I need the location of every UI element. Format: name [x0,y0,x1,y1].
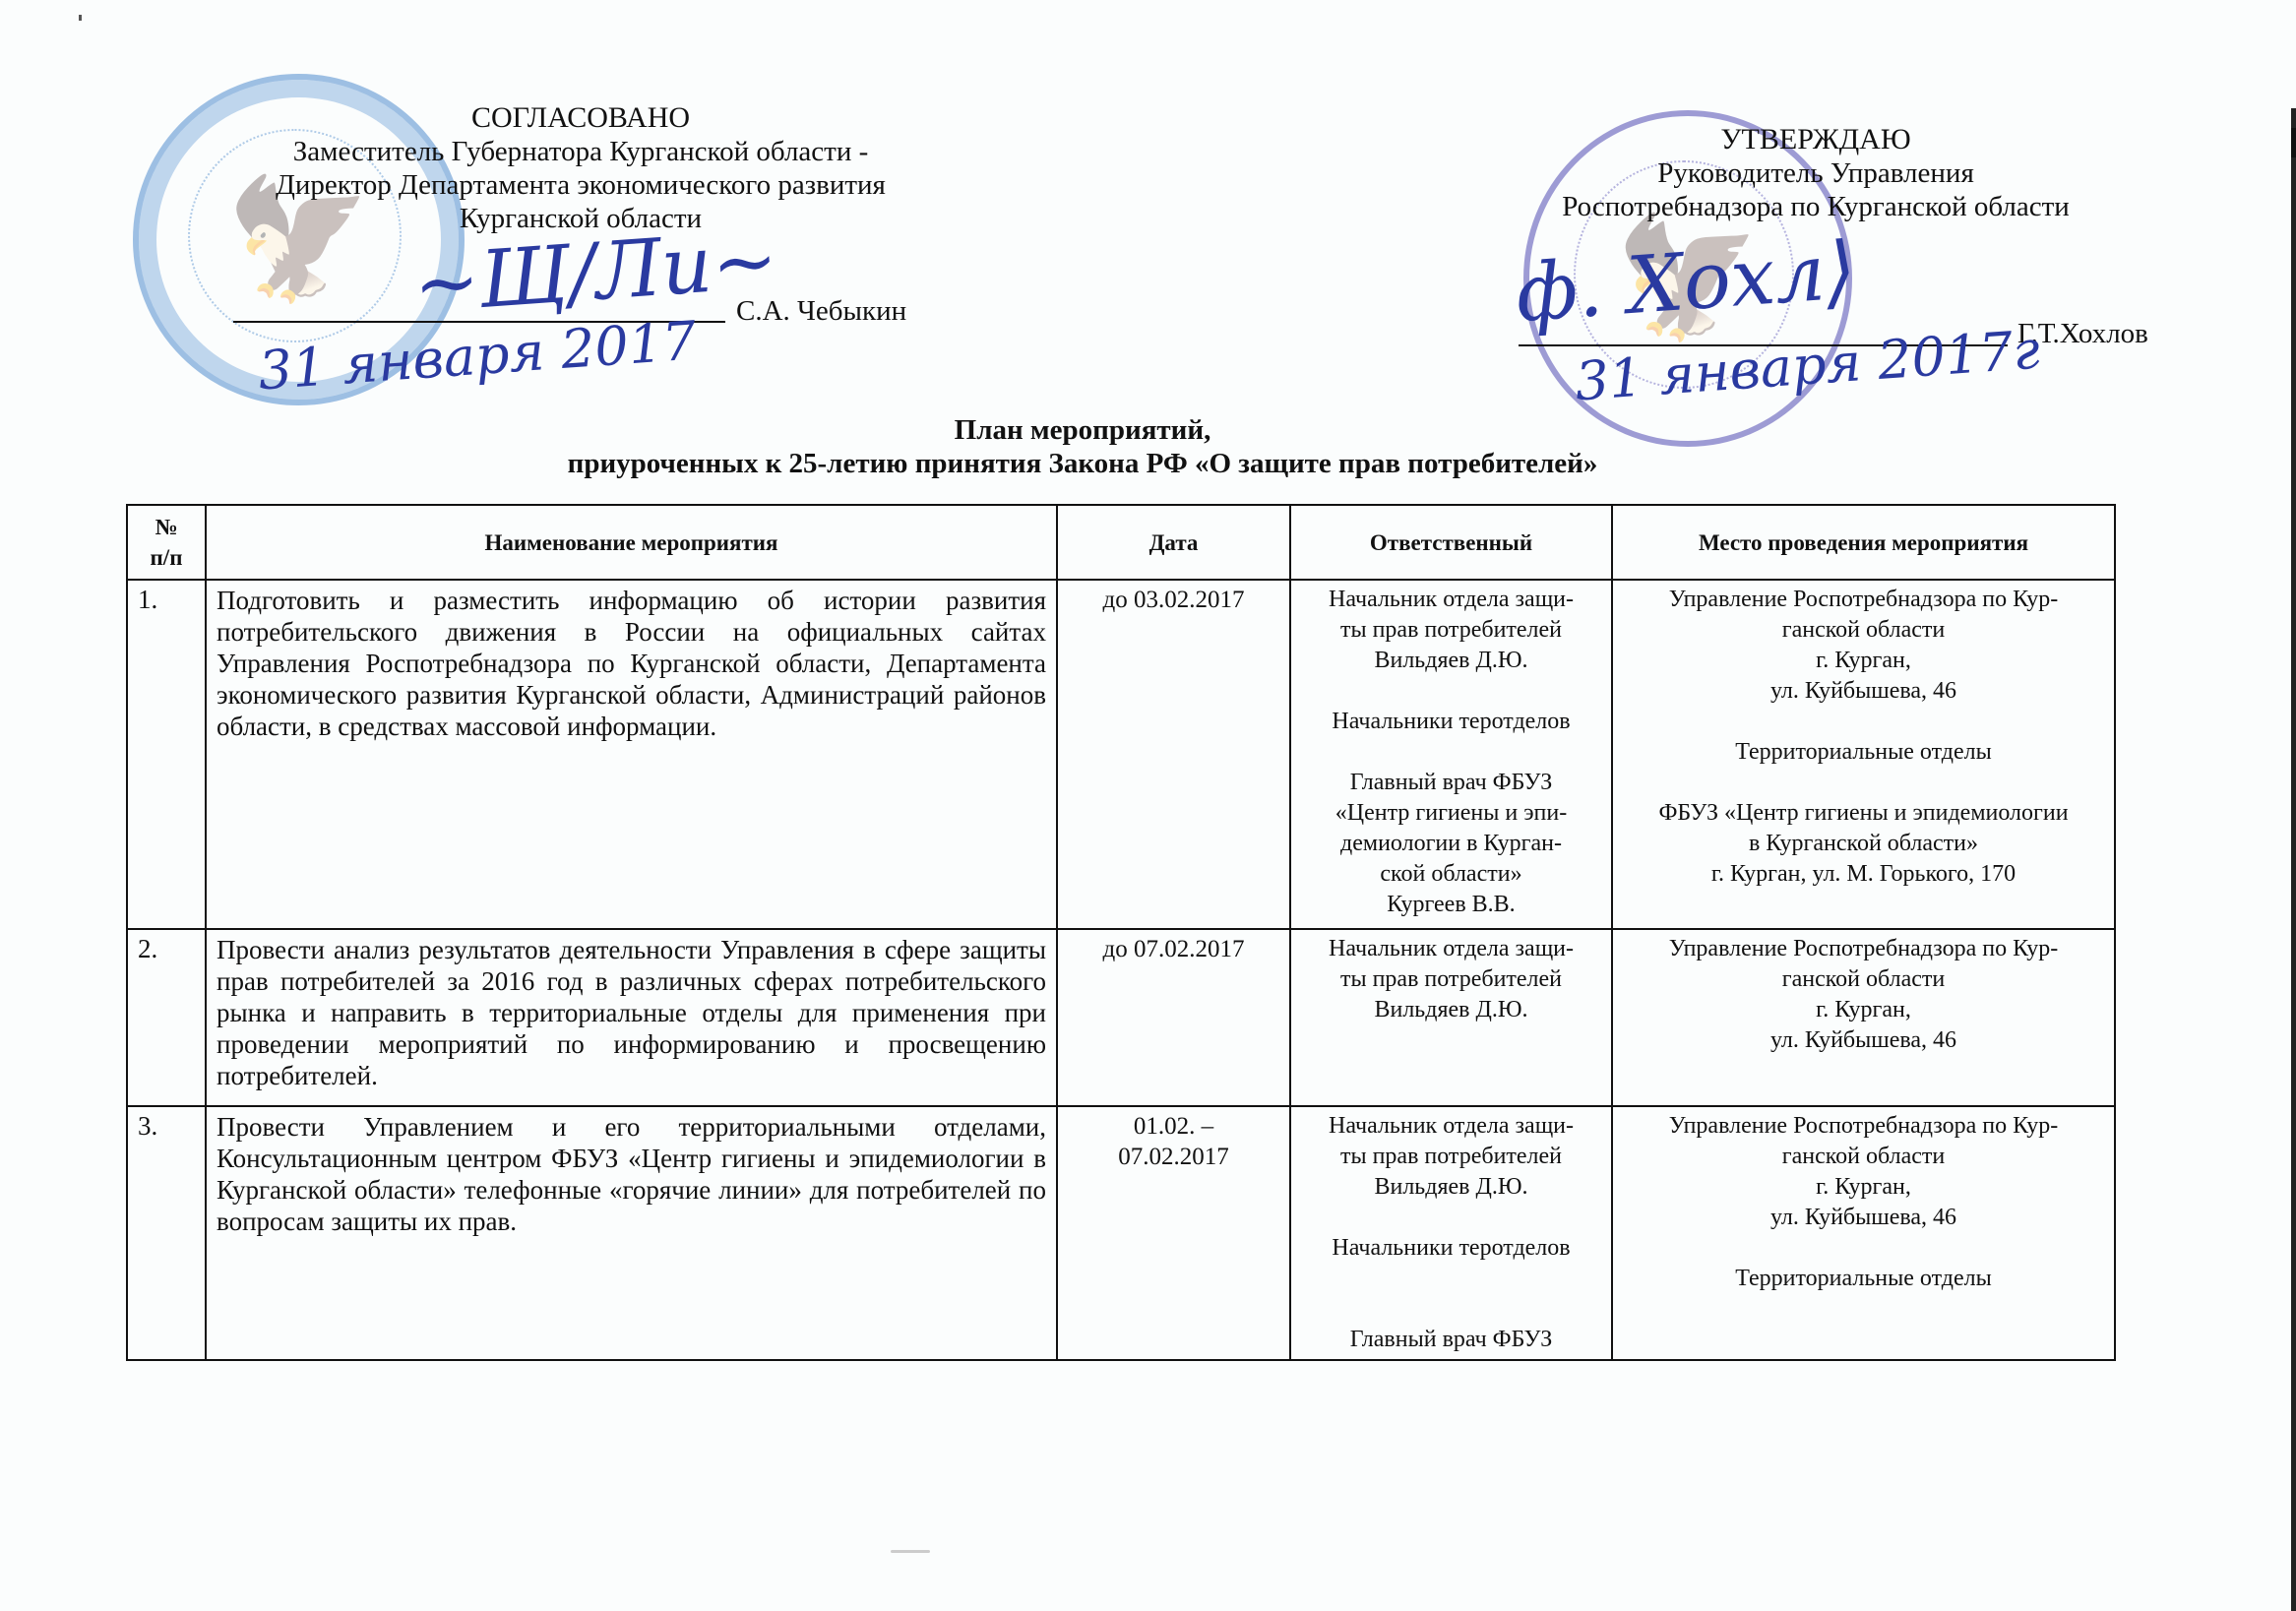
events-plan-table: № п/п Наименование мероприятия Дата Отве… [126,504,2116,1361]
event-responsible: Начальник отдела защи-ты прав потребител… [1290,929,1612,1106]
cell-text-line: ты прав потребителей [1301,615,1601,646]
cell-text-line [1301,737,1601,768]
cell-text-line: Главный врач ФБУЗ [1301,1325,1601,1355]
cell-text-line: ул. Куйбышева, 46 [1623,676,2104,707]
cell-text-line: ты прав потребителей [1301,964,1601,995]
cell-text-line: Вильдяев Д.Ю. [1301,646,1601,676]
row-number: 2. [127,929,206,1106]
cell-text-line: Управление Роспотребнадзора по Кур- [1623,585,2104,615]
cell-text-line: ФБУЗ «Центр гигиены и эпидемиологии [1623,798,2104,829]
cell-text-line: Начальник отдела защи- [1301,585,1601,615]
signatory-name-left: С.А. Чебыкин [736,295,906,328]
cell-text-line: Начальники теротделов [1301,1233,1601,1264]
header-place: Место проведения мероприятия [1612,505,2115,580]
document-title-line: План мероприятий, [295,413,1870,447]
cell-text-line: г. Курган, [1623,1172,2104,1203]
cell-text-line [1623,707,2104,737]
cell-text-line: Главный врач ФБУЗ [1301,768,1601,798]
cell-text-line: Управление Роспотребнадзора по Кур- [1623,1111,2104,1142]
header-number: № п/п [127,505,206,580]
header-date: Дата [1057,505,1290,580]
cell-text-line: г. Курган, ул. М. Горького, 170 [1623,859,2104,890]
scan-edge-tick [2291,128,2296,157]
cell-text-line [1301,1264,1601,1294]
cell-text-line [1623,1233,2104,1264]
cell-text-line: Вильдяев Д.Ю. [1301,1172,1601,1203]
row-number: 3. [127,1106,206,1360]
approval-position-line: Роспотребнадзора по Курганской области [1516,190,2116,223]
approval-title: УТВЕРЖДАЮ [1516,123,2116,156]
event-name: Провести анализ результатов деятельности… [206,929,1057,1106]
row-number: 1. [127,580,206,929]
event-responsible: Начальник отдела защи-ты прав потребител… [1290,1106,1612,1360]
event-responsible: Начальник отдела защи-ты прав потребител… [1290,580,1612,929]
table-row: 1.Подготовить и разместить информацию об… [127,580,2115,929]
event-name: Подготовить и разместить информацию об и… [206,580,1057,929]
approval-position-line: Заместитель Губернатора Курганской облас… [207,135,955,168]
table-header-row: № п/п Наименование мероприятия Дата Отве… [127,505,2115,580]
document-title: План мероприятий, приуроченных к 25-лети… [295,413,1870,480]
cell-text-line: Вильдяев Д.Ю. [1301,995,1601,1025]
cell-text-line: демиологии в Курган- [1301,829,1601,859]
cell-text-line: г. Курган, [1623,995,2104,1025]
cell-text-line: ганской области [1623,1142,2104,1172]
cell-text-line [1301,676,1601,707]
cell-text-line: в Курганской области» [1623,829,2104,859]
cell-text-line: Начальники теротделов [1301,707,1601,737]
event-date: 01.02. –07.02.2017 [1057,1106,1290,1360]
cell-text-line: Начальник отдела защи- [1301,1111,1601,1142]
event-place: Управление Роспотребнадзора по Кур-ганск… [1612,929,2115,1106]
event-place: Управление Роспотребнадзора по Кур-ганск… [1612,580,2115,929]
document-subtitle-line: приуроченных к 25-летию принятия Закона … [295,447,1870,480]
cell-text-line: ул. Куйбышева, 46 [1623,1025,2104,1056]
cell-text-line: ской области» [1301,859,1601,890]
cell-text-line: ганской области [1623,964,2104,995]
cell-text-line: ганской области [1623,615,2104,646]
header-responsible: Ответственный [1290,505,1612,580]
approval-block-agreed: СОГЛАСОВАНО Заместитель Губернатора Кург… [207,101,955,235]
date-line: 01.02. – [1068,1111,1279,1142]
event-date: до 03.02.2017 [1057,580,1290,929]
cell-text-line [1301,1203,1601,1233]
cell-text-line [1623,768,2104,798]
event-name: Провести Управлением и его территориальн… [206,1106,1057,1360]
cell-text-line: Управление Роспотребнадзора по Кур- [1623,934,2104,964]
header-event-name: Наименование мероприятия [206,505,1057,580]
approval-position-line: Руководитель Управления [1516,156,2116,190]
scan-edge-shadow [2291,108,2296,1611]
event-place: Управление Роспотребнадзора по Кур-ганск… [1612,1106,2115,1360]
cell-text-line [1301,1294,1601,1325]
approval-position-line: Директор Департамента экономического раз… [207,168,955,202]
cell-text-line: г. Курган, [1623,646,2104,676]
table-row: 3.Провести Управлением и его территориал… [127,1106,2115,1360]
cell-text-line: Кургеев В.В. [1301,890,1601,920]
approval-block-approved: УТВЕРЖДАЮ Руководитель Управления Роспот… [1516,123,2116,223]
scan-mark [79,15,82,21]
cell-text-line: Территориальные отделы [1623,737,2104,768]
date-line: 07.02.2017 [1068,1142,1279,1172]
approval-title: СОГЛАСОВАНО [207,101,955,135]
cell-text-line: Начальник отдела защи- [1301,934,1601,964]
cell-text-line: Территориальные отделы [1623,1264,2104,1294]
event-date: до 07.02.2017 [1057,929,1290,1106]
cell-text-line: «Центр гигиены и эпи- [1301,798,1601,829]
scan-smudge [891,1550,930,1553]
table-row: 2.Провести анализ результатов деятельнос… [127,929,2115,1106]
cell-text-line: ул. Куйбышева, 46 [1623,1203,2104,1233]
cell-text-line: ты прав потребителей [1301,1142,1601,1172]
